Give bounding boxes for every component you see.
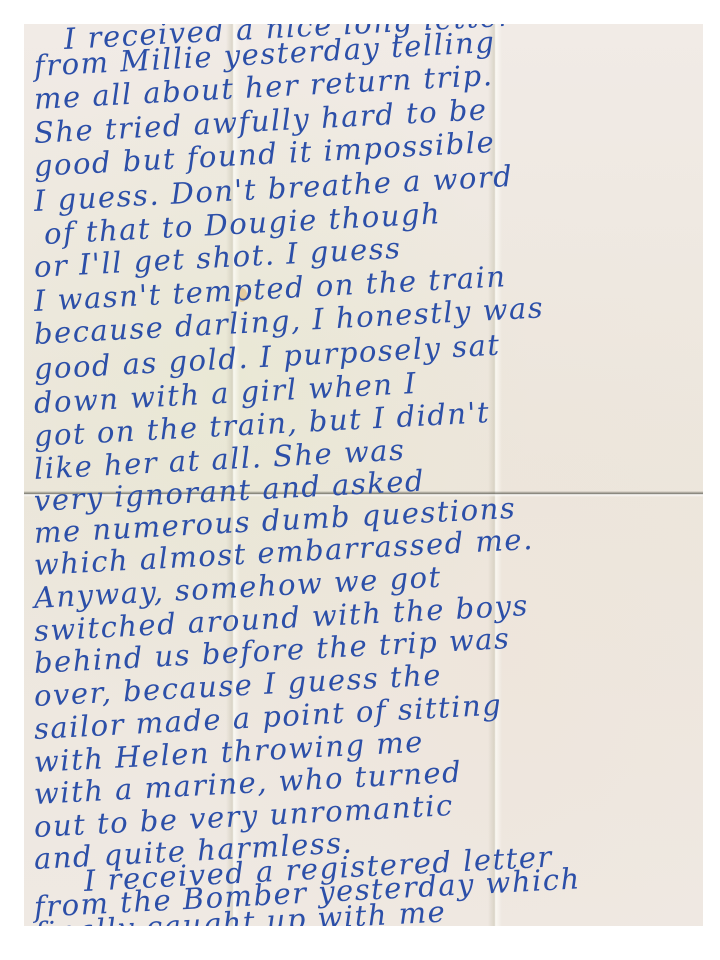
handwritten-text: I received a nice long letter from Milli… (24, 24, 703, 926)
letter-page: I received a nice long letter from Milli… (24, 24, 703, 926)
